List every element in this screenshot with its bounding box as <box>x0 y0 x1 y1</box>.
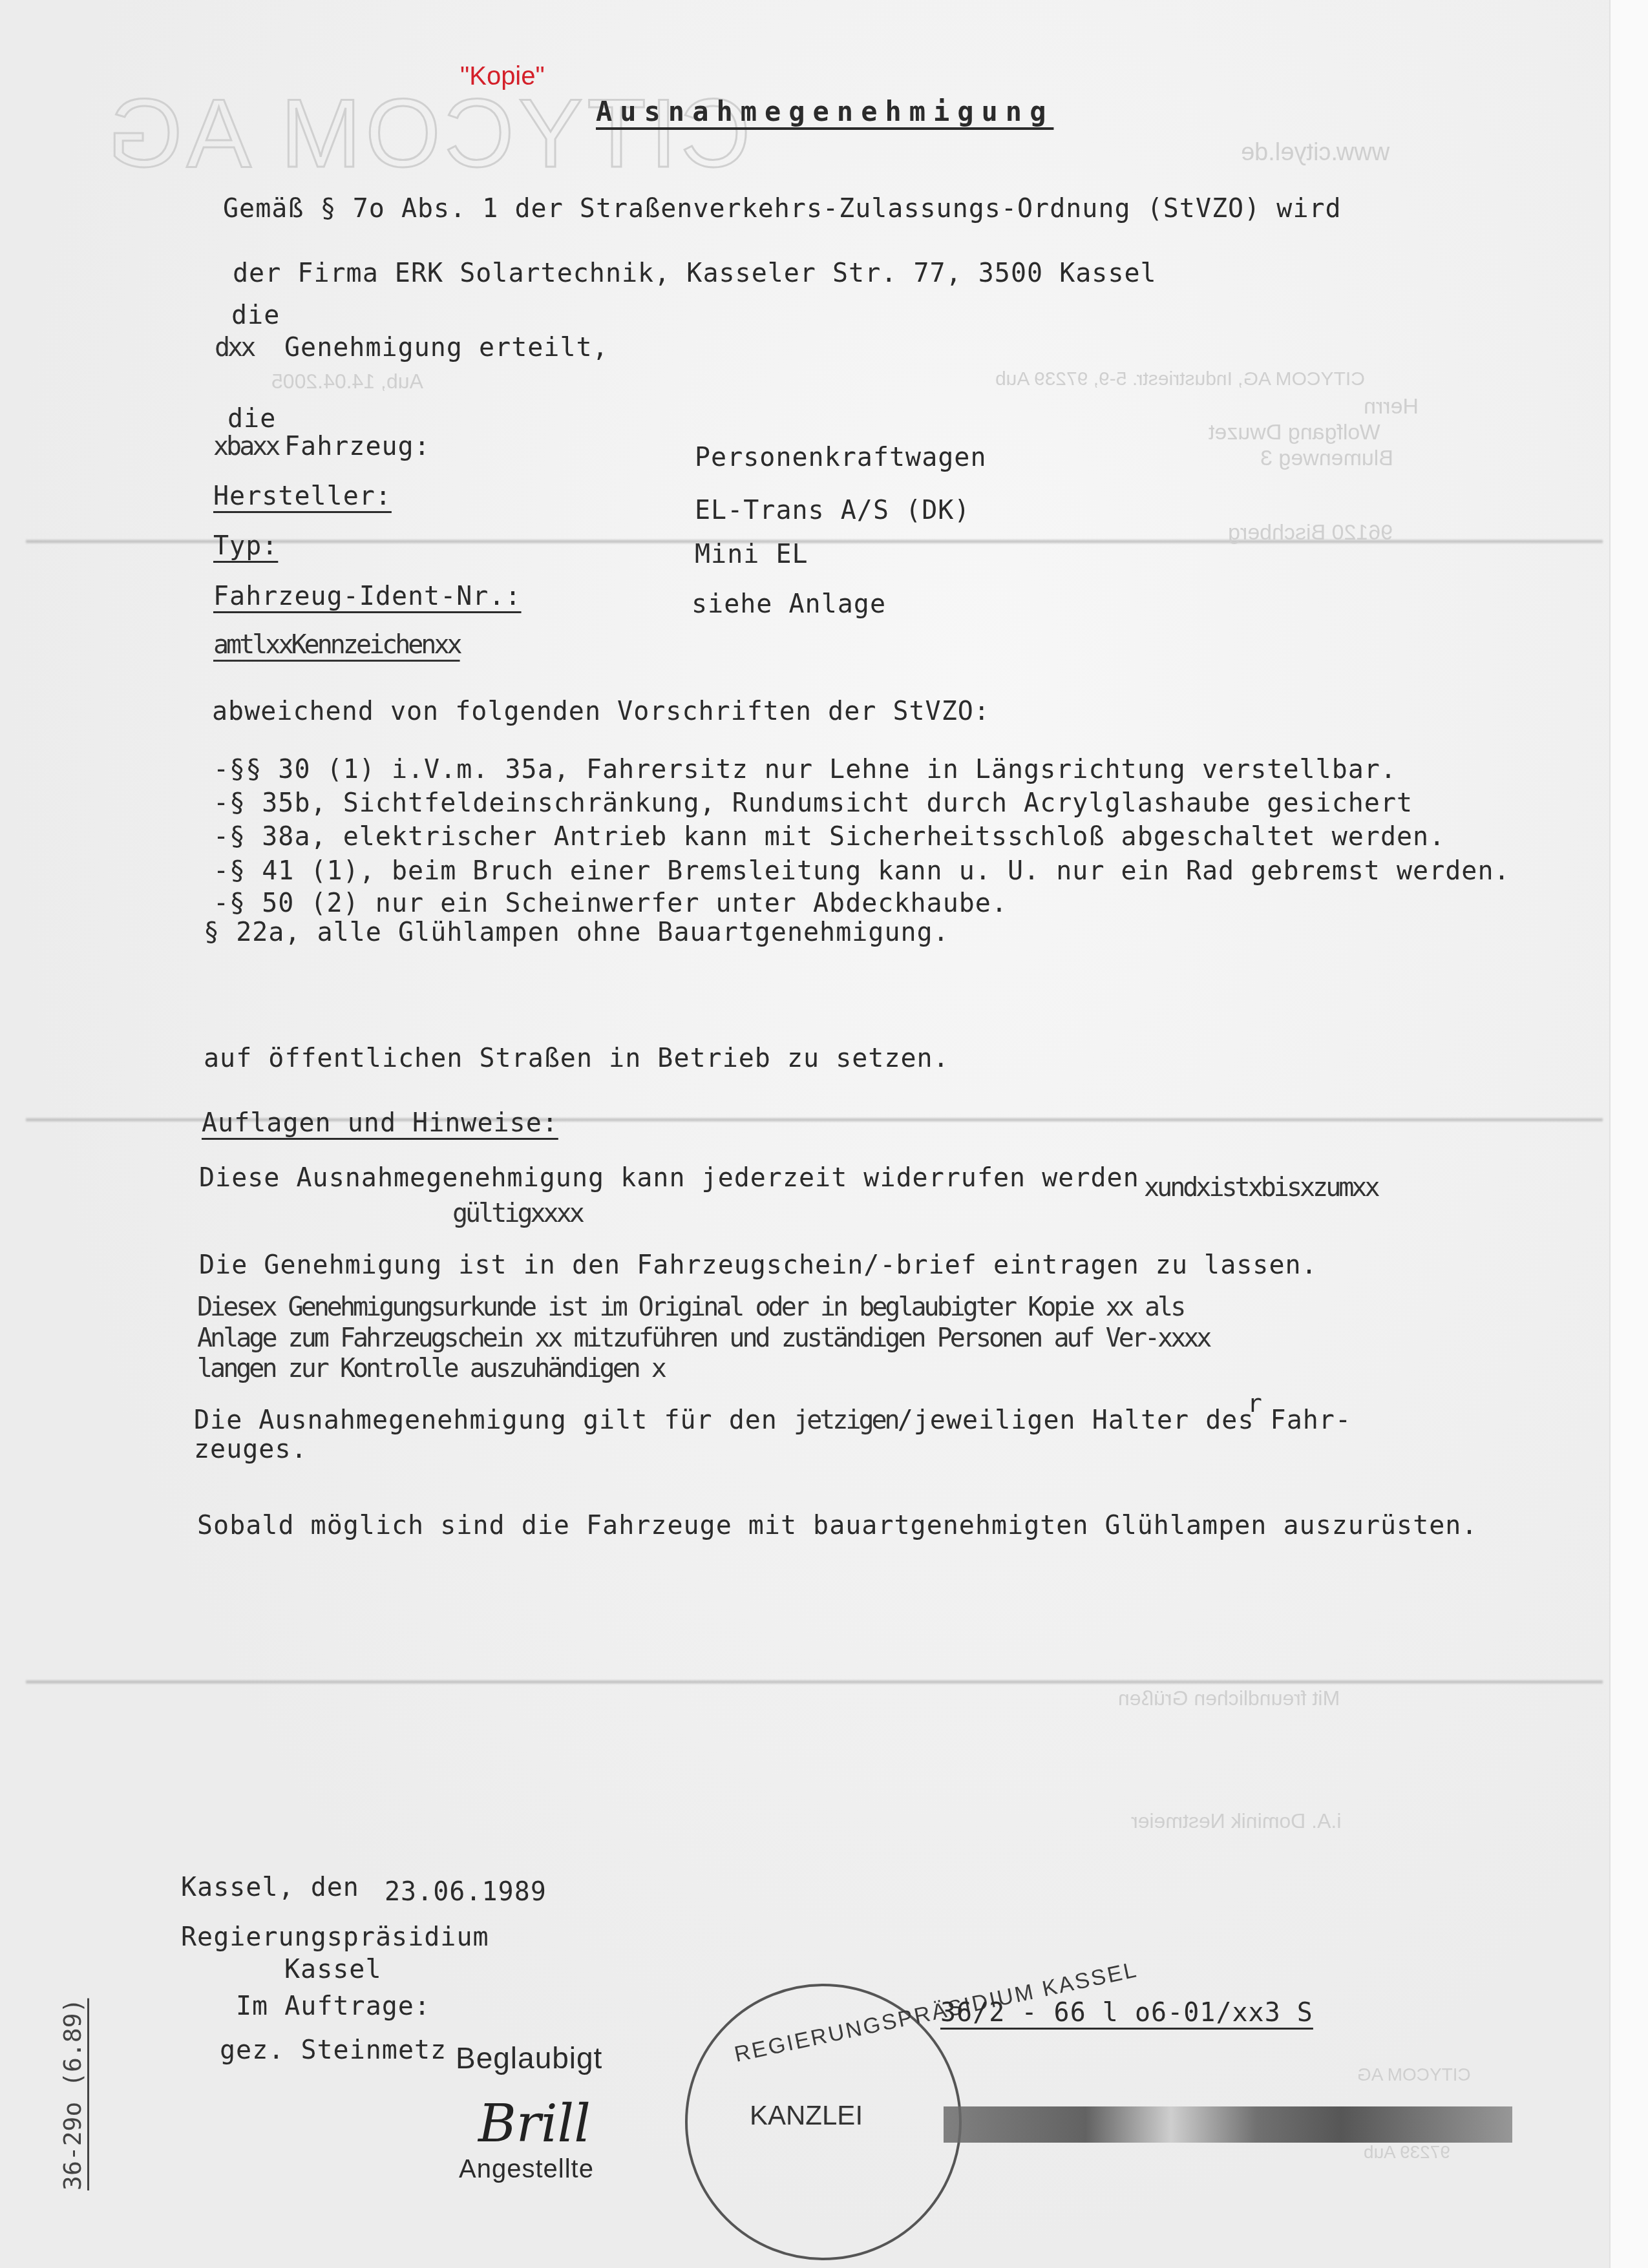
on-behalf-label: Im Auftrage: <box>236 1991 430 2021</box>
form-number: 36-29o (6.89) <box>58 1999 87 2190</box>
redaction-bar <box>944 2106 1512 2143</box>
deviation-item: -§§ 30 (1) i.V.m. 35a, Fahrersitz nur Le… <box>213 755 1397 784</box>
signatory-role: Angestellte <box>459 2155 594 2184</box>
revocation-line: Diese Ausnahmegenehmigung kann jederzeit… <box>199 1163 1139 1193</box>
intro-line-1: Gemäß § 7o Abs. 1 der Straßenverkehrs-Zu… <box>223 194 1342 224</box>
field-label-vehicle: Fahrzeug: <box>284 432 430 461</box>
struck-paragraph-line: Diesex Genehmigungsurkunde ist im Origin… <box>197 1292 1183 1322</box>
holder-line-a: Die Ausnahmegenehmigung gilt für den <box>194 1405 777 1435</box>
handwritten-correction: die <box>227 404 276 434</box>
deviation-item: -§ 50 (2) nur ein Scheinwerfer unter Abd… <box>213 888 1008 918</box>
show-through-recipient-1: Wolfgang Dwuzet <box>1209 420 1380 445</box>
show-through-footer-city: 97239 Aub <box>1364 2142 1450 2163</box>
show-through-recipient-3: 96120 Bischberg <box>1228 520 1393 545</box>
field-label-vin: Fahrzeug-Ident-Nr.: <box>213 582 522 611</box>
place-date-label: Kassel, den <box>181 1873 359 1902</box>
conditions-heading: Auflagen und Hinweise: <box>202 1108 558 1138</box>
final-line: Sobald möglich sind die Fahrzeuge mit ba… <box>197 1511 1477 1540</box>
deviation-heading: abweichend von folgenden Vorschriften de… <box>212 697 990 726</box>
field-value-vehicle: Personenkraftwagen <box>695 443 986 472</box>
field-label-plate-struck: amtlxxKennzeichenxx <box>213 630 460 660</box>
stamp-center-text: KANZLEI <box>750 2100 863 2131</box>
document-title: Ausnahmegenehmigung <box>596 96 1053 127</box>
intro-line-2: der Firma ERK Solartechnik, Kasseler Str… <box>233 258 1157 288</box>
holder-line-b: /jeweiligen Halter des Fahr- <box>898 1405 1351 1435</box>
show-through-recipient-0: Herrn <box>1364 394 1419 419</box>
struck-text: jetzigen <box>794 1405 898 1435</box>
authority-city: Kassel <box>284 1955 382 1984</box>
show-through-date: Aub, 14.04.2005 <box>271 370 423 394</box>
signature: Brill <box>478 2094 591 2154</box>
copy-label: "Kopie" <box>460 62 545 91</box>
deviation-item: -§ 38a, elektrischer Antrieb kann mit Si… <box>213 822 1445 852</box>
grant-line: Genehmigung erteilt, <box>284 333 609 362</box>
signed-by: gez. Steinmetz <box>220 2035 447 2065</box>
field-value-type: Mini EL <box>695 540 808 569</box>
field-label-type: Typ: <box>213 531 278 561</box>
struck-text: xbaxx <box>213 432 278 461</box>
show-through-signatory: i.A. Dominik Nestmeier <box>1131 1809 1341 1833</box>
show-through-recipient-2: Blumenweg 3 <box>1260 446 1393 471</box>
show-through-closing: Mit freundlichen Grüßen <box>1118 1686 1340 1710</box>
file-reference: 36/2 - 66 l o6-01/xx3 S <box>940 1998 1313 2028</box>
struck-text: gültigxxxx <box>452 1199 582 1228</box>
struck-text: xundxistxbisxzumxx <box>1144 1173 1377 1202</box>
page-edge <box>1609 0 1648 2268</box>
show-through-website: www.cityel.de <box>1241 139 1389 167</box>
authority-name: Regierungspräsidium <box>181 1922 489 1952</box>
field-value-manufacturer: EL-Trans A/S (DK) <box>695 496 970 525</box>
show-through-footer-company: CITYCOM AG <box>1357 2064 1471 2085</box>
certified-label: Beglaubigt <box>456 2041 602 2075</box>
deviation-item: -§ 41 (1), beim Bruch einer Bremsleitung… <box>213 856 1510 886</box>
issue-date: 23.06.1989 <box>385 1877 547 1907</box>
show-through-sender: CITYCOM AG, Industriestr. 5-9, 97239 Aub <box>995 368 1365 390</box>
handwritten-correction: r <box>1247 1389 1262 1418</box>
fold-crease <box>26 1680 1603 1684</box>
holder-line-c: zeuges. <box>194 1434 308 1464</box>
field-value-vin: siehe Anlage <box>692 589 886 619</box>
struck-text: dxx <box>215 333 253 362</box>
deviation-item: -§ 35b, Sichtfeldeinschränkung, Rundumsi… <box>213 788 1413 818</box>
field-label-manufacturer: Hersteller: <box>213 481 392 511</box>
struck-paragraph-line: langen zur Kontrolle auszuhändigen x <box>197 1354 664 1383</box>
registration-line: Die Genehmigung ist in den Fahrzeugschei… <box>199 1250 1318 1280</box>
operate-line: auf öffentlichen Straßen in Betrieb zu s… <box>204 1044 949 1073</box>
show-through-logo: CITYCOM AG <box>103 78 751 189</box>
deviation-item: § 22a, alle Glühlampen ohne Bauartgenehm… <box>204 918 949 947</box>
handwritten-correction: die <box>231 300 280 330</box>
holder-line: Die Ausnahmegenehmigung gilt für den jet… <box>194 1405 1351 1435</box>
struck-paragraph-line: Anlage zum Fahrzeugschein xx mitzuführen… <box>197 1323 1209 1353</box>
